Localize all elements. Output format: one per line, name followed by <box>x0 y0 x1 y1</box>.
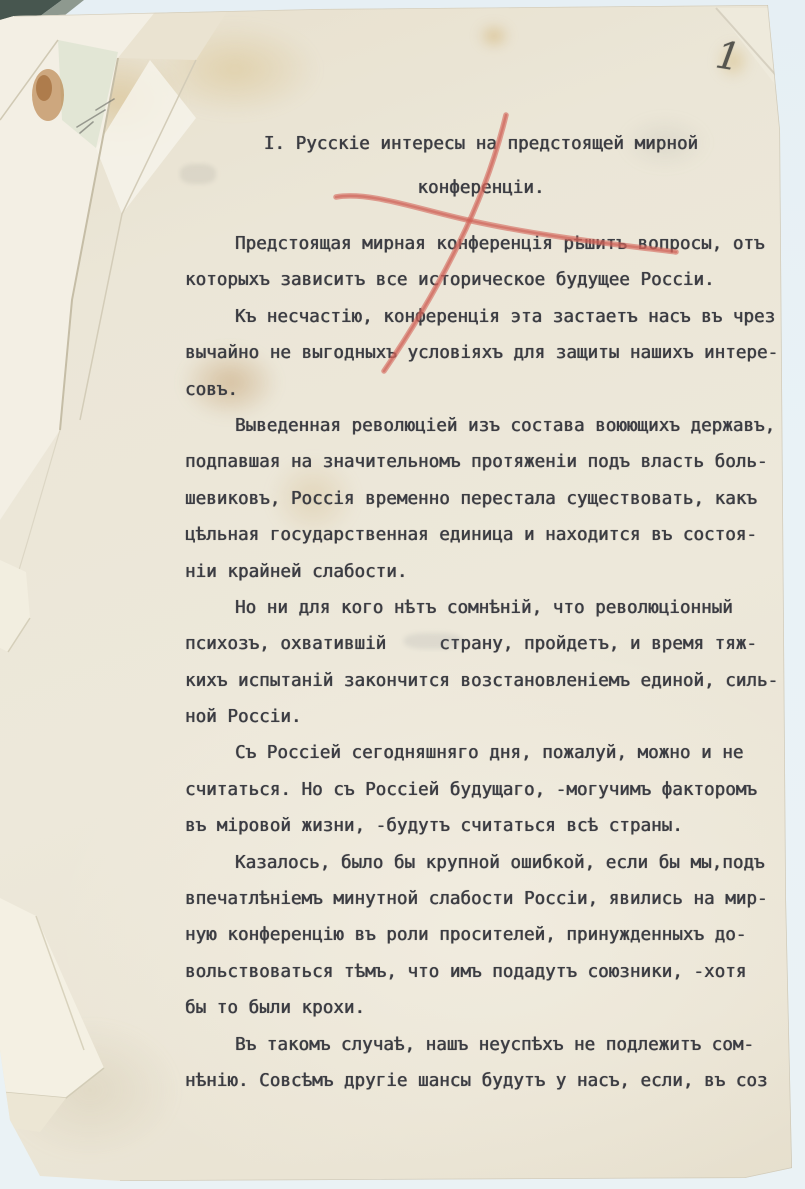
annotation-marks <box>0 0 805 1189</box>
pencil-scribbles <box>77 99 114 133</box>
red-cross-mark <box>336 115 676 371</box>
document-scan: I. Русскіе интересы на предстоящей мирно… <box>0 0 805 1189</box>
